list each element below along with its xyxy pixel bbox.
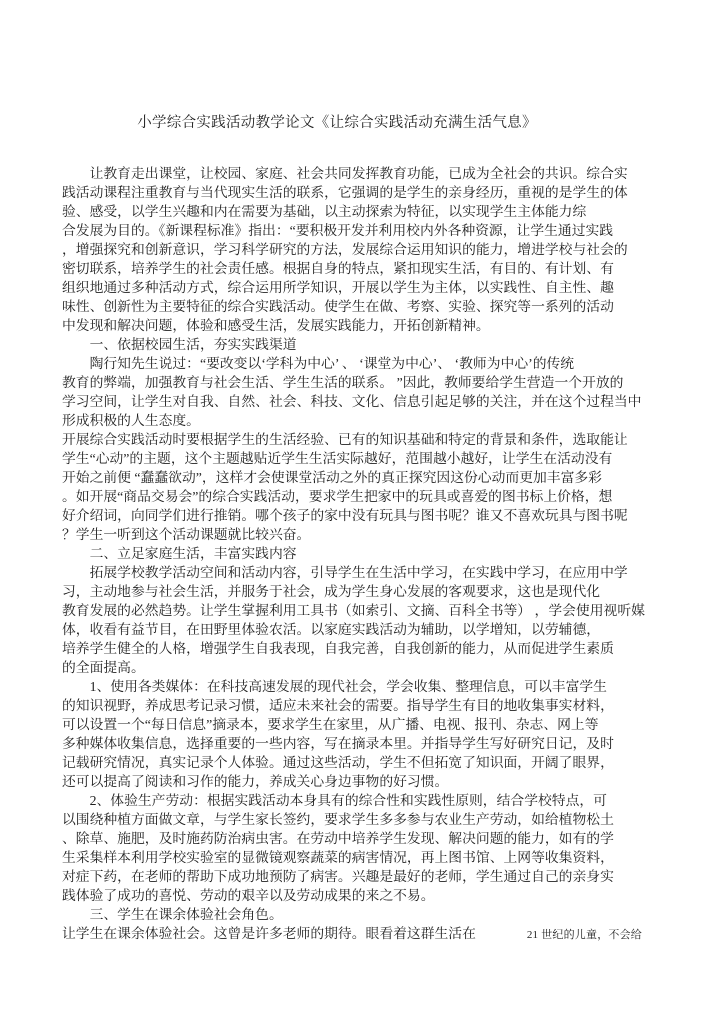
intro-paragraph: 让教育走出课堂，让校园、家庭、社会共同发挥教育功能，已成为全社会的共识。综合实 … — [62, 164, 660, 335]
closing-line: 让学生在课余体验社会。这曾是许多老师的期待。眼看着这群生活在 21 世纪的儿童，… — [62, 924, 660, 945]
document-content: 小学综合实践活动教学论文《让综合实践活动充满生活气息》 让教育走出课堂，让校园、… — [62, 112, 660, 945]
labor-item-paragraph: 2、体验生产劳动：根据实践活动本身具有的综合性和实践性原则，结合学校特点，可 以… — [62, 791, 660, 905]
section-2-paragraph: 拓展学校教学活动空间和活动内容，引导学生在生活中学习，在实践中学习，在应用中学 … — [62, 563, 660, 677]
document-title: 小学综合实践活动教学论文《让综合实践活动充满生活气息》 — [62, 112, 660, 134]
section-1-heading: 一、依据校园生活，夯实实践渠道 — [62, 335, 660, 354]
closing-line-main-text: 让学生在课余体验社会。这曾是许多老师的期待。眼看着这群生活在 — [62, 924, 476, 943]
document-body: 让教育走出课堂，让校园、家庭、社会共同发挥教育功能，已成为全社会的共识。综合实 … — [62, 164, 660, 945]
media-item-paragraph: 1、使用各类媒体：在科技高速发展的现代社会，学会收集、整理信息，可以丰富学生 的… — [62, 677, 660, 791]
practice-theme-paragraph: 开展综合实践活动时要根据学生的生活经验、已有的知识基础和特定的背景和条件，选取能… — [62, 430, 660, 544]
section-1-paragraph: 陶行知先生说过：“要改变以‘学科为中心’ 、 ‘课堂为中心’、 ‘教师为中心’的… — [62, 354, 660, 430]
document-page: 小学综合实践活动教学论文《让综合实践活动充满生活气息》 让教育走出课堂，让校园、… — [0, 0, 720, 1018]
closing-line-small-text: 21 世纪的儿童，不会给 — [527, 926, 642, 945]
section-2-heading: 二、立足家庭生活，丰富实践内容 — [62, 544, 660, 563]
section-3-heading: 三、学生在课余体验社会角色。 — [62, 905, 660, 924]
